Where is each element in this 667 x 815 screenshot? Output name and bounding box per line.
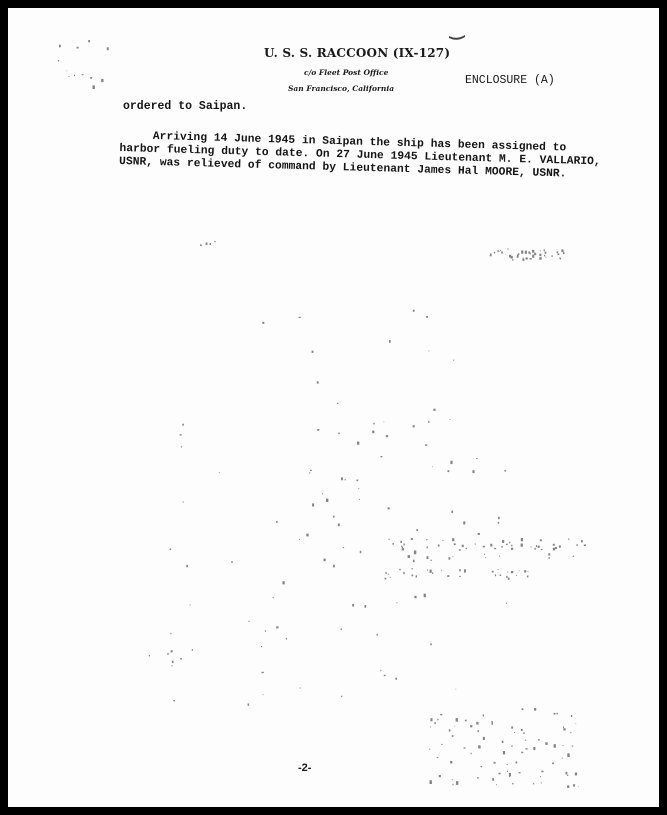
scan-noise [8,8,659,807]
body-paragraph: Arriving 14 June 1945 in Saipan the ship… [119,130,601,182]
enclosure-label: ENCLOSURE (A) [465,74,555,87]
ship-name: U. S. S. RACCOON (IX-127) [264,46,450,60]
fleet-post-office: c/o Fleet Post Office [304,68,388,77]
document-page: U. S. S. RACCOON (IX-127) c/o Fleet Post… [8,8,659,807]
city-state: San Francisco, California [288,84,394,93]
page-number: -2- [298,762,311,774]
continuation-text: ordered to Saipan. [123,100,247,113]
